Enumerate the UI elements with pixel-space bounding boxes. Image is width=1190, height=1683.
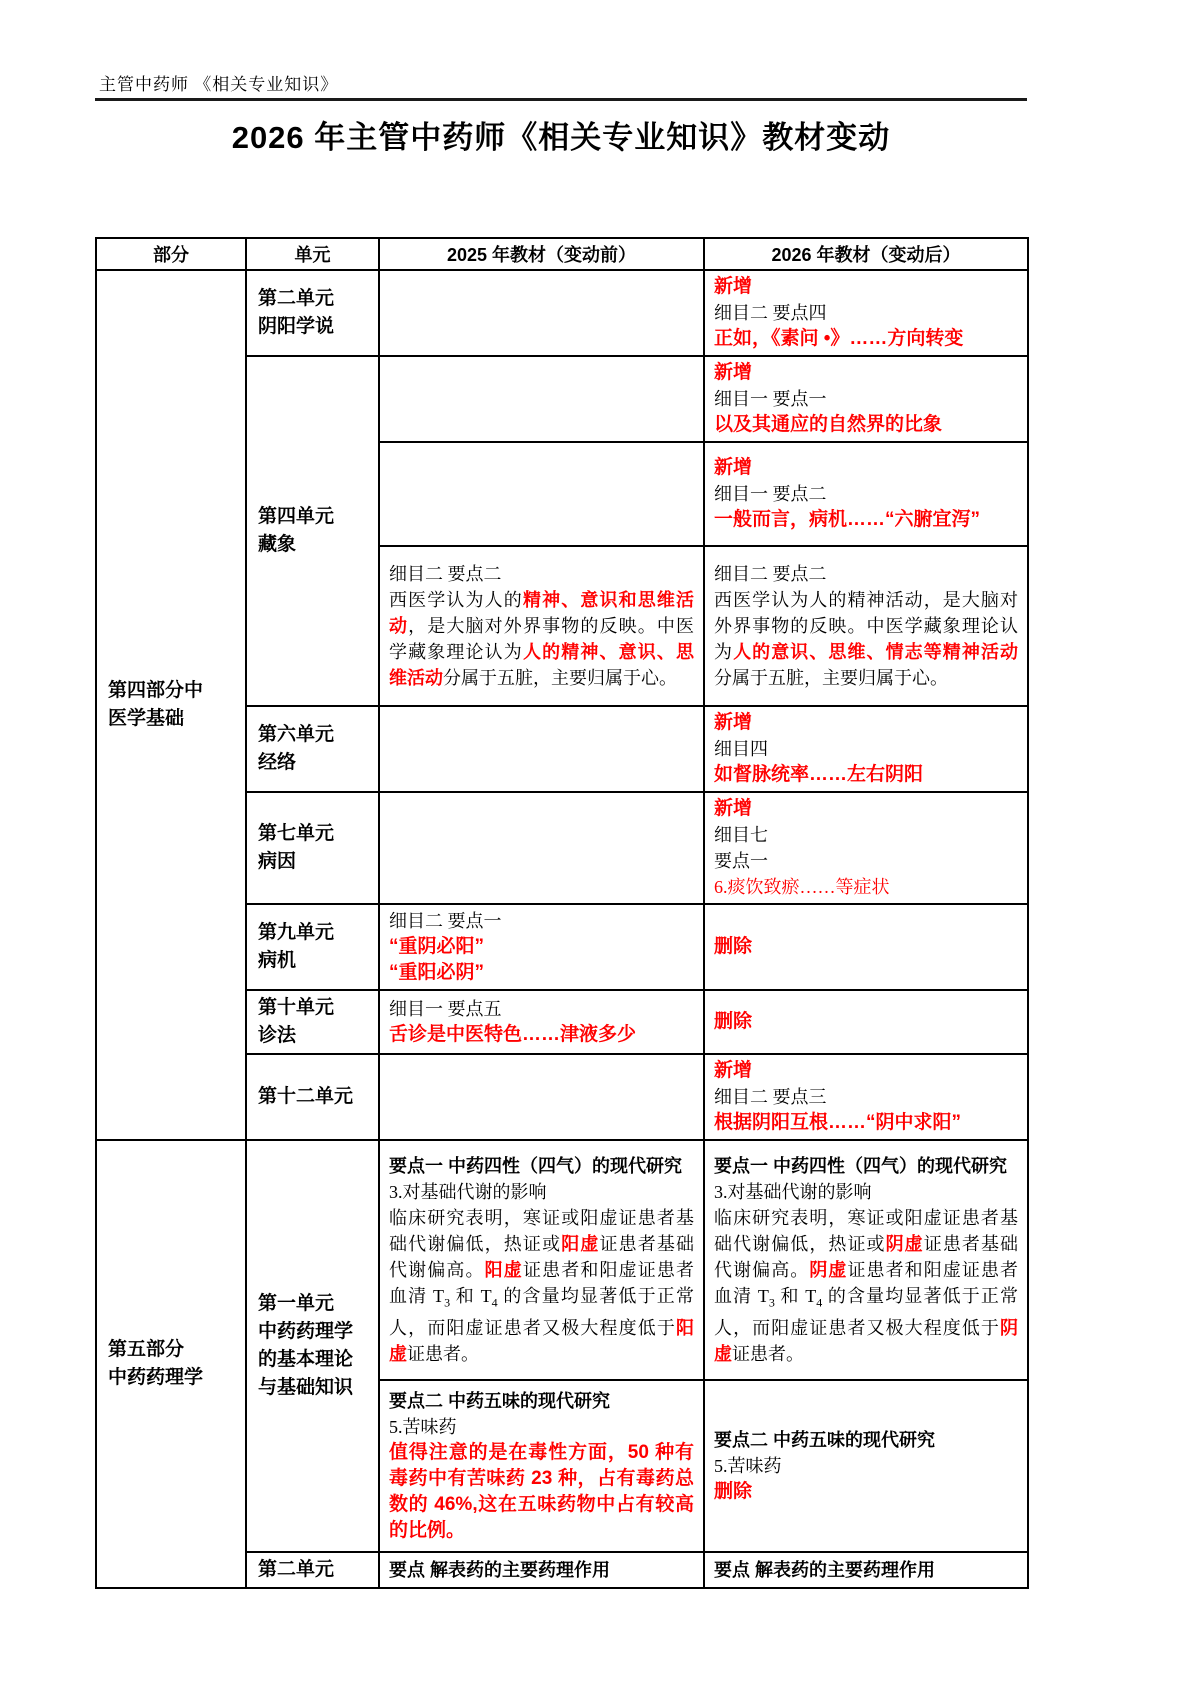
ref-line: 细目二 要点二 (389, 561, 694, 587)
cell-2025-r7: 细目二 要点一 “重阴必阳” “重阳必阴” (379, 904, 704, 990)
cell-2026-r7: 删除 (704, 904, 1028, 990)
cell-unit-yaoli-1: 第一单元 中药药理学 的基本理论 与基础知识 (246, 1140, 379, 1552)
unit-name-line: 诊法 (258, 1022, 369, 1050)
unit-name-line: 病因 (258, 848, 369, 876)
cell-2026-r12: 要点 解表药的主要药理作用 (704, 1552, 1028, 1588)
cell-unit-bingyin: 第七单元 病因 (246, 792, 379, 904)
table-header-row: 部分 单元 2025 年教材（变动前） 2026 年教材（变动后） (96, 238, 1028, 270)
unit-name-line: 第九单元 (258, 919, 369, 947)
change-tag: 新增 (714, 274, 1018, 300)
col-header-part: 部分 (96, 238, 246, 270)
cell-2026-r6: 新增 细目七 要点一 6.痰饮致瘀……等症状 (704, 792, 1028, 904)
ref-line: 细目四 (714, 736, 1018, 762)
cell-2025-r10: 要点一 中药四性（四气）的现代研究 3.对基础代谢的影响 临床研究表明，寒证或阳… (379, 1140, 704, 1380)
cell-2025-r9 (379, 1054, 704, 1140)
cell-2026-r11: 要点二 中药五味的现代研究 5.苦味药 删除 (704, 1380, 1028, 1552)
heading-line: 要点 解表药的主要药理作用 (389, 1557, 694, 1583)
part-name-line: 中药药理学 (108, 1364, 236, 1392)
unit-name-line: 与基础知识 (258, 1374, 369, 1402)
cell-part-4: 第四部分中 医学基础 (96, 270, 246, 1140)
changed-text: 根据阴阳互根……“阴中求阳” (714, 1110, 1018, 1136)
document-page: 主管中药师 《相关专业知识》 2026 年主管中药师《相关专业知识》教材变动 部… (0, 0, 1190, 1683)
cell-2026-r4: 细目二 要点二 西医学认为人的精神活动，是大脑对外界事物的反映。中医学藏象理论认… (704, 546, 1028, 706)
part-name-line: 医学基础 (108, 705, 236, 733)
unit-name-line: 第一单元 (258, 1290, 369, 1318)
ref-line: 要点一 (714, 848, 1018, 874)
change-tag: 新增 (714, 796, 1018, 822)
ref-line: 细目一 要点二 (714, 481, 1018, 507)
cell-2026-r5: 新增 细目四 如督脉统率……左右阴阳 (704, 706, 1028, 792)
removed-text: “重阴必阳” (389, 934, 694, 960)
doc-header-label: 主管中药师 《相关专业知识》 (99, 70, 338, 95)
cell-2026-r10: 要点一 中药四性（四气）的现代研究 3.对基础代谢的影响 临床研究表明，寒证或阳… (704, 1140, 1028, 1380)
cell-part-5: 第五部分 中药药理学 (96, 1140, 246, 1588)
textbook-change-table: 部分 单元 2025 年教材（变动前） 2026 年教材（变动后） 第四部分中 … (95, 237, 1029, 1589)
part-name-line: 第五部分 (108, 1336, 236, 1364)
removed-text: 舌诊是中医特色……津液多少 (389, 1022, 694, 1048)
cell-2025-r2 (379, 356, 704, 442)
cell-unit-yinyang: 第二单元 阴阳学说 (246, 270, 379, 356)
heading-line: 要点 解表药的主要药理作用 (714, 1557, 1018, 1583)
col-header-2026: 2026 年教材（变动后） (704, 238, 1028, 270)
heading-line: 要点一 中药四性（四气）的现代研究 (714, 1153, 1018, 1179)
header-rule (95, 98, 1027, 101)
unit-name-line: 第六单元 (258, 721, 369, 749)
unit-name-line: 第二单元 (258, 285, 369, 313)
col-header-2025: 2025 年教材（变动前） (379, 238, 704, 270)
ref-line: 细目二 要点二 (714, 561, 1018, 587)
change-tag: 新增 (714, 360, 1018, 386)
heading-line: 要点二 中药五味的现代研究 (714, 1427, 1018, 1453)
change-tag: 新增 (714, 1058, 1018, 1084)
paragraph: 西医学认为人的精神、意识和思维活动，是大脑对外界事物的反映。中医学藏象理论认为人… (389, 587, 694, 691)
cell-2025-r4: 细目二 要点二 西医学认为人的精神、意识和思维活动，是大脑对外界事物的反映。中医… (379, 546, 704, 706)
ref-line: 细目二 要点一 (389, 908, 694, 934)
table-row: 第五部分 中药药理学 第一单元 中药药理学 的基本理论 与基础知识 要点一 中药… (96, 1140, 1028, 1380)
sub-line: 3.对基础代谢的影响 (714, 1179, 1018, 1205)
cell-unit-jingluo: 第六单元 经络 (246, 706, 379, 792)
heading-line: 要点一 中药四性（四气）的现代研究 (389, 1153, 694, 1179)
page-title: 2026 年主管中药师《相关专业知识》教材变动 (95, 112, 1027, 157)
table-row: 第四部分中 医学基础 第二单元 阴阳学说 新增 细目二 要点四 正如，《素问 •… (96, 270, 1028, 356)
cell-2025-r12: 要点 解表药的主要药理作用 (379, 1552, 704, 1588)
cell-2025-r6 (379, 792, 704, 904)
change-tag: 新增 (714, 710, 1018, 736)
sub-line: 5.苦味药 (714, 1453, 1018, 1479)
cell-unit-zhenfa: 第十单元 诊法 (246, 990, 379, 1054)
cell-2026-r3: 新增 细目一 要点二 一般而言，病机……“六腑宜泻” (704, 442, 1028, 546)
changed-text: 6.痰饮致瘀……等症状 (714, 874, 1018, 900)
cell-unit-12: 第十二单元 (246, 1054, 379, 1140)
sub-line: 5.苦味药 (389, 1414, 694, 1440)
unit-name-line: 的基本理论 (258, 1346, 369, 1374)
cell-2025-r11: 要点二 中药五味的现代研究 5.苦味药 值得注意的是在毒性方面，50 种有毒药中… (379, 1380, 704, 1552)
ref-line: 细目一 要点五 (389, 996, 694, 1022)
changed-text: 如督脉统率……左右阴阳 (714, 762, 1018, 788)
change-tag: 新增 (714, 455, 1018, 481)
paragraph: 临床研究表明，寒证或阳虚证患者基础代谢偏低，热证或阳虚证患者基础代谢偏高。阳虚证… (389, 1205, 694, 1368)
removed-text: “重阳必阴” (389, 960, 694, 986)
unit-name-line: 藏象 (258, 531, 369, 559)
changed-text: 正如，《素问 •》……方向转变 (714, 326, 1018, 352)
cell-unit-bingji: 第九单元 病机 (246, 904, 379, 990)
unit-name-line: 经络 (258, 749, 369, 777)
cell-unit-jiebiao: 第二单元 (246, 1552, 379, 1588)
unit-name-line: 第十单元 (258, 994, 369, 1022)
cell-2025-r5 (379, 706, 704, 792)
ref-line: 细目二 要点四 (714, 300, 1018, 326)
ref-line: 细目七 (714, 822, 1018, 848)
cell-2026-r9: 新增 细目二 要点三 根据阴阳互根……“阴中求阳” (704, 1054, 1028, 1140)
changed-text: 以及其通应的自然界的比象 (714, 412, 1018, 438)
paragraph: 临床研究表明，寒证或阳虚证患者基础代谢偏低，热证或阴虚证患者基础代谢偏高。阴虚证… (714, 1205, 1018, 1368)
changed-text: 一般而言，病机……“六腑宜泻” (714, 507, 1018, 533)
unit-name-line: 中药药理学 (258, 1318, 369, 1346)
unit-name-line: 阴阳学说 (258, 313, 369, 341)
unit-name-line: 第四单元 (258, 503, 369, 531)
ref-line: 细目一 要点一 (714, 386, 1018, 412)
change-tag: 删除 (714, 934, 1018, 960)
cell-2025-r8: 细目一 要点五 舌诊是中医特色……津液多少 (379, 990, 704, 1054)
removed-text: 值得注意的是在毒性方面，50 种有毒药中有苦味药 23 种，占有毒药总数的 46… (389, 1440, 694, 1544)
unit-name-line: 第二单元 (258, 1556, 369, 1584)
heading-line: 要点二 中药五味的现代研究 (389, 1388, 694, 1414)
unit-name-line: 病机 (258, 947, 369, 975)
change-tag: 删除 (714, 1009, 1018, 1035)
unit-name-line: 第七单元 (258, 820, 369, 848)
cell-2026-r2: 新增 细目一 要点一 以及其通应的自然界的比象 (704, 356, 1028, 442)
sub-line: 3.对基础代谢的影响 (389, 1179, 694, 1205)
ref-line: 细目二 要点三 (714, 1084, 1018, 1110)
cell-2026-r1: 新增 细目二 要点四 正如，《素问 •》……方向转变 (704, 270, 1028, 356)
cell-unit-zangxiang: 第四单元 藏象 (246, 356, 379, 706)
cell-2025-r1 (379, 270, 704, 356)
col-header-unit: 单元 (246, 238, 379, 270)
change-tag: 删除 (714, 1479, 1018, 1505)
paragraph: 西医学认为人的精神活动，是大脑对外界事物的反映。中医学藏象理论认为人的意识、思维… (714, 587, 1018, 691)
part-name-line: 第四部分中 (108, 677, 236, 705)
cell-2026-r8: 删除 (704, 990, 1028, 1054)
unit-name-line: 第十二单元 (258, 1083, 369, 1111)
cell-2025-r3 (379, 442, 704, 546)
